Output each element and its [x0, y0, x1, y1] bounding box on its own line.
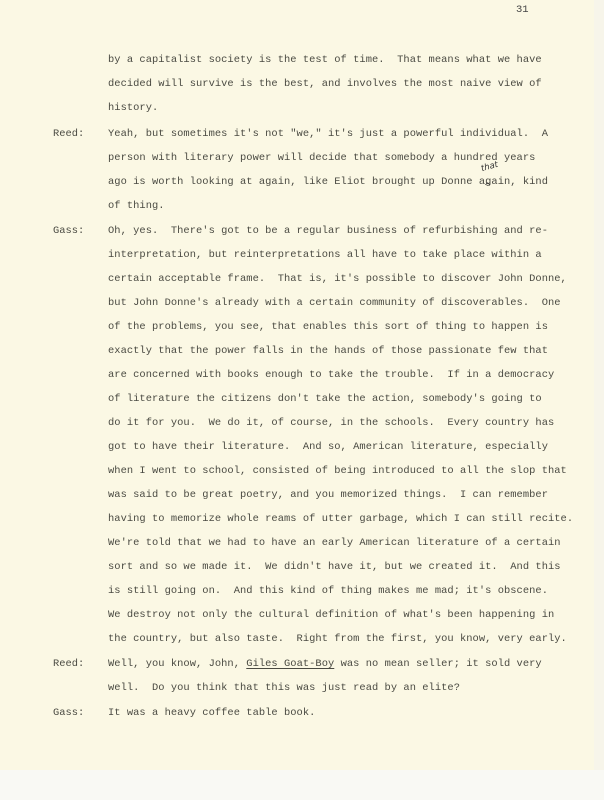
book-title: Giles Goat-Boy	[246, 658, 334, 670]
text-line: having to memorize whole reams of utter …	[108, 513, 573, 525]
text-line: Yeah, but sometimes it's not "we," it's …	[108, 128, 548, 140]
text-line: is still going on. And this kind of thin…	[108, 585, 548, 597]
text-line: certain acceptable frame. That is, it's …	[108, 273, 567, 285]
speaker-label: Gass:	[53, 225, 84, 237]
text-line: by a capitalist society is the test of t…	[108, 54, 542, 66]
text-line: when I went to school, consisted of bein…	[108, 465, 567, 477]
text-line: do it for you. We do it, of course, in t…	[108, 417, 554, 429]
text-line: sort and so we made it. We didn't have i…	[108, 561, 561, 573]
speaker-label: Reed:	[53, 658, 84, 670]
text-line: history.	[108, 102, 158, 114]
text-line: exactly that the power falls in the hand…	[108, 345, 548, 357]
text-line: Well, you know, John, Giles Goat-Boy was…	[108, 658, 542, 670]
text-segment: was no mean seller; it sold very	[334, 658, 541, 670]
text-segment: Well, you know, John,	[108, 658, 246, 670]
text-line: the country, but also taste. Right from …	[108, 633, 567, 645]
speaker-label: Reed:	[53, 128, 84, 140]
caret-mark: ^	[484, 182, 491, 192]
speaker-label: Gass:	[53, 707, 84, 719]
text-line: ago is worth looking at again, like Elio…	[108, 176, 548, 188]
scan-margin	[0, 770, 604, 800]
text-line: got to have their literature. And so, Am…	[108, 441, 548, 453]
document-page	[0, 0, 594, 770]
text-line: interpretation, but reinterpretations al…	[108, 249, 542, 261]
text-line: but John Donne's already with a certain …	[108, 297, 561, 309]
text-line: was said to be great poetry, and you mem…	[108, 489, 548, 501]
text-line: It was a heavy coffee table book.	[108, 707, 315, 719]
text-line: We're told that we had to have an early …	[108, 537, 561, 549]
text-line: are concerned with books enough to take …	[108, 369, 554, 381]
text-line: decided will survive is the best, and in…	[108, 78, 542, 90]
text-line: well. Do you think that this was just re…	[108, 682, 460, 694]
text-line: person with literary power will decide t…	[108, 152, 535, 164]
page-number: 31	[516, 4, 529, 16]
text-line: of the problems, you see, that enables t…	[108, 321, 548, 333]
text-line: We destroy not only the cultural definit…	[108, 609, 554, 621]
text-line: Oh, yes. There's got to be a regular bus…	[108, 225, 548, 237]
text-line: of thing.	[108, 200, 165, 212]
page-edge	[594, 0, 604, 800]
text-line: of literature the citizens don't take th…	[108, 393, 542, 405]
